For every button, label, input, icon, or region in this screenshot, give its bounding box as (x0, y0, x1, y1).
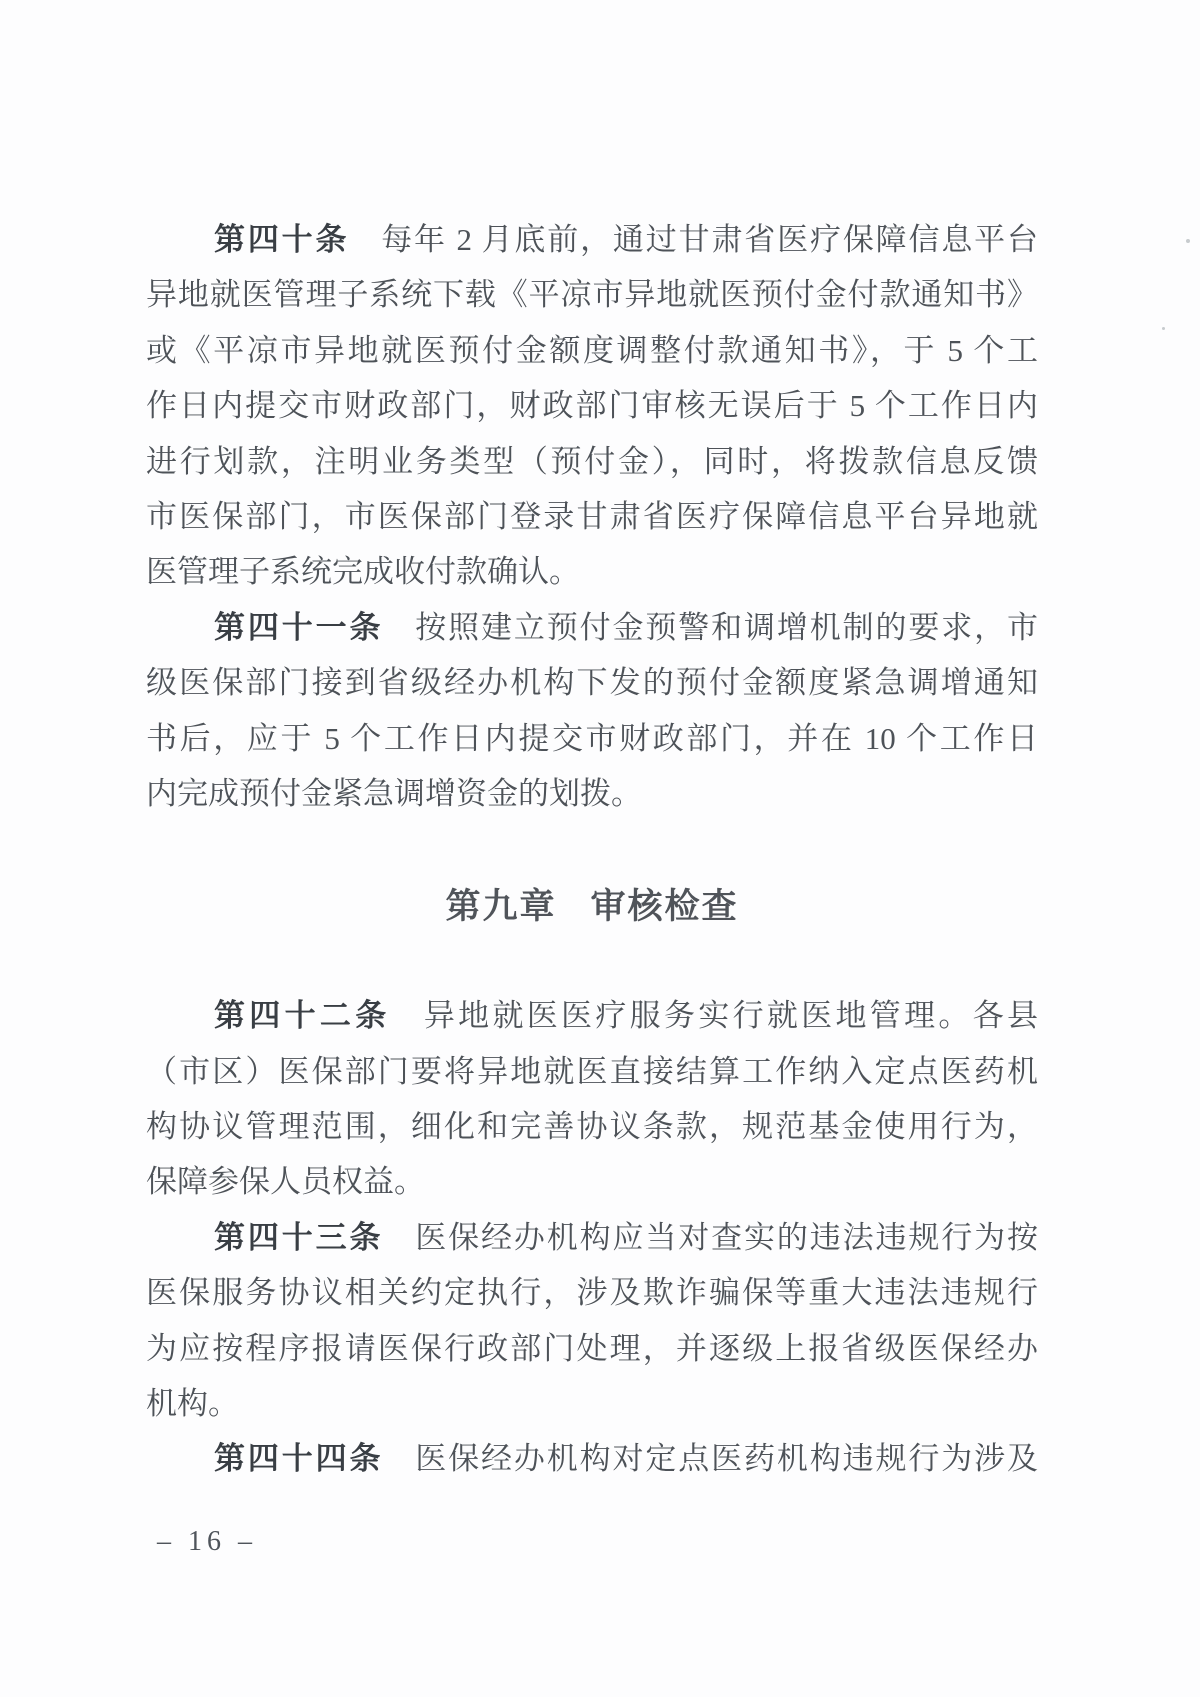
line-text: 作日内提交市财政部门，财政部门审核无误后于 5 个工作日内 (146, 388, 1038, 423)
paragraph-line: 第四十条每年 2 月底前，通过甘肃省医疗保障信息平台 (146, 212, 1038, 267)
paragraph-line: 级医保部门接到省级经办机构下发的预付金额度紧急调增通知 (146, 655, 1038, 710)
line-text: 为应按程序报请医保行政部门处理，并逐级上报省级医保经办 (146, 1331, 1038, 1366)
line-text: 市医保部门，市医保部门登录甘肃省医疗保障信息平台异地就 (146, 499, 1038, 534)
chapter-title: 审核检查 (591, 887, 739, 926)
article-number: 第四十一条 (214, 610, 383, 645)
paragraph-line: 第四十一条按照建立预付金预警和调增机制的要求，市 (146, 600, 1038, 655)
paragraph-line: 书后，应于 5 个工作日内提交市财政部门，并在 10 个工作日 (146, 711, 1038, 766)
line-text: 医保经办机构对定点医药机构违规行为涉及 (413, 1441, 1038, 1476)
line-text: 医保服务协议相关约定执行，涉及欺诈骗保等重大违法违规行 (146, 1275, 1038, 1310)
paragraph-line: 市医保部门，市医保部门登录甘肃省医疗保障信息平台异地就 (146, 489, 1038, 544)
chapter-number: 第九章 (445, 887, 556, 926)
paragraph-line: （市区）医保部门要将异地就医直接结算工作纳入定点医药机 (146, 1044, 1038, 1099)
line-text: 机构。 (146, 1386, 239, 1421)
line-text: 按照建立预付金预警和调增机制的要求，市 (413, 610, 1038, 645)
line-text: 医保经办机构应当对查实的违法违规行为按 (413, 1220, 1038, 1255)
article-number: 第四十三条 (214, 1220, 383, 1255)
line-text: 保障参保人员权益。 (146, 1164, 425, 1199)
paragraph-line: 医管理子系统完成收付款确认。 (146, 544, 1038, 599)
line-text: 构协议管理范围，细化和完善协议条款，规范基金使用行为， (146, 1109, 1038, 1144)
paragraph-line: 第四十二条异地就医医疗服务实行就医地管理。各县 (146, 988, 1038, 1043)
article-number: 第四十条 (214, 222, 349, 257)
line-text: 或《平凉市异地就医预付金额度调整付款通知书》，于 5 个工 (146, 333, 1038, 368)
scan-speck (1162, 327, 1165, 330)
line-text: 异地就医医疗服务实行就医地管理。各县 (421, 998, 1038, 1033)
line-text: （市区）医保部门要将异地就医直接结算工作纳入定点医药机 (146, 1054, 1038, 1089)
document-page: 第四十条每年 2 月底前，通过甘肃省医疗保障信息平台 异地就医管理子系统下载《平… (0, 0, 1200, 1697)
paragraph-line: 医保服务协议相关约定执行，涉及欺诈骗保等重大违法违规行 (146, 1265, 1038, 1320)
paragraph-line: 第四十四条医保经办机构对定点医药机构违规行为涉及 (146, 1431, 1038, 1486)
scan-speck (1186, 239, 1190, 243)
paragraph-line: 或《平凉市异地就医预付金额度调整付款通知书》，于 5 个工 (146, 323, 1038, 378)
line-text: 书后，应于 5 个工作日内提交市财政部门，并在 10 个工作日 (146, 721, 1038, 756)
paragraph-line: 保障参保人员权益。 (146, 1154, 1038, 1209)
document-body: 第四十条每年 2 月底前，通过甘肃省医疗保障信息平台 异地就医管理子系统下载《平… (146, 212, 1038, 1487)
paragraph-line: 第四十三条医保经办机构应当对查实的违法违规行为按 (146, 1210, 1038, 1265)
paragraph-line: 机构。 (146, 1376, 1038, 1431)
paragraph-line: 作日内提交市财政部门，财政部门审核无误后于 5 个工作日内 (146, 378, 1038, 433)
paragraph-line: 构协议管理范围，细化和完善协议条款，规范基金使用行为， (146, 1099, 1038, 1154)
paragraph-line: 异地就医管理子系统下载《平凉市异地就医预付金付款通知书》 (146, 267, 1038, 322)
paragraph-line: 为应按程序报请医保行政部门处理，并逐级上报省级医保经办 (146, 1321, 1038, 1376)
line-text: 内完成预付金紧急调增资金的划拨。 (146, 776, 642, 811)
line-text: 医管理子系统完成收付款确认。 (146, 554, 580, 589)
paragraph-line: 内完成预付金紧急调增资金的划拨。 (146, 766, 1038, 821)
page-number: – 16 – (157, 1527, 257, 1557)
line-text: 级医保部门接到省级经办机构下发的预付金额度紧急调增通知 (146, 665, 1038, 700)
paragraph-line: 进行划款，注明业务类型（预付金），同时，将拨款信息反馈 (146, 434, 1038, 489)
line-text: 进行划款，注明业务类型（预付金），同时，将拨款信息反馈 (146, 444, 1038, 479)
chapter-heading: 第九章审核检查 (146, 878, 1038, 935)
line-text: 异地就医管理子系统下载《平凉市异地就医预付金付款通知书》 (146, 277, 1038, 312)
article-number: 第四十二条 (214, 998, 391, 1033)
article-number: 第四十四条 (214, 1441, 383, 1476)
line-text: 每年 2 月底前，通过甘肃省医疗保障信息平台 (379, 222, 1038, 257)
